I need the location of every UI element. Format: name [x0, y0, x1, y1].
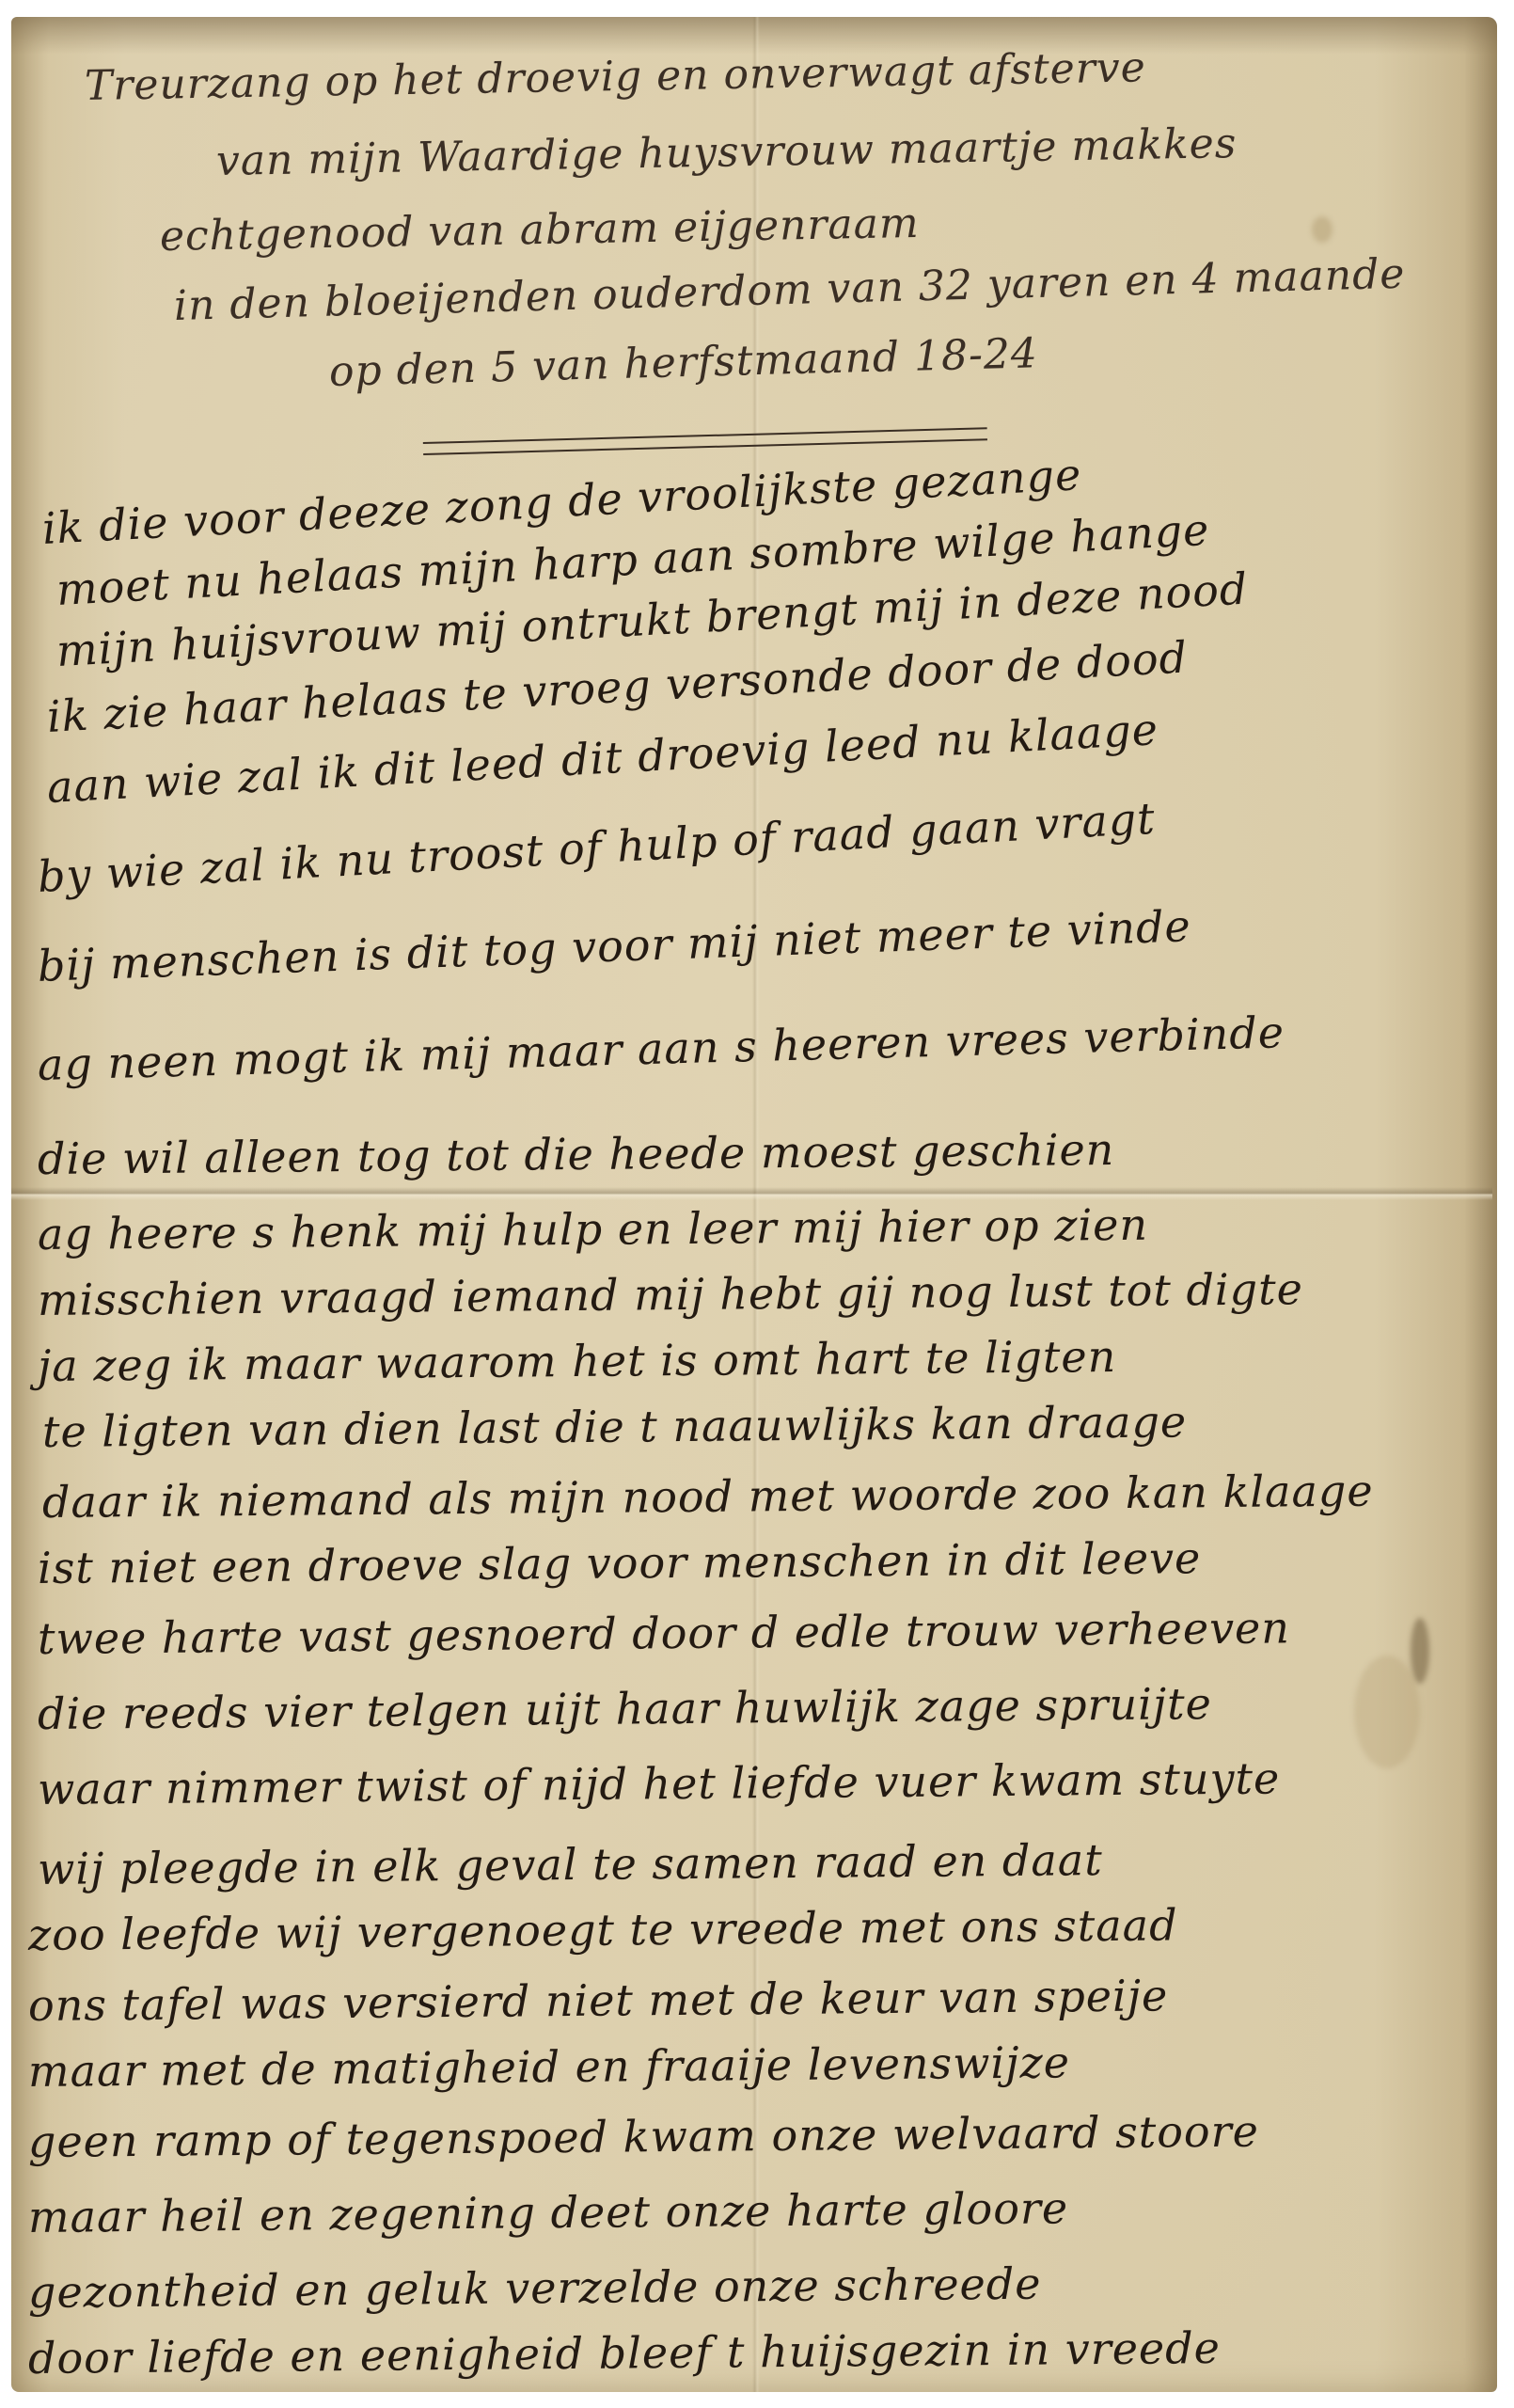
verse-line-23: geen ramp of tegenspoed kwam onze welvaa…	[28, 2106, 1259, 2167]
verse-line-12: ja zeg ik maar waarom het is omt hart te…	[38, 1331, 1117, 1391]
verse-line-10: ag heere s henk mij hulp en leer mij hie…	[38, 1199, 1148, 1259]
verse-line-13: te ligten van dien last die t naauwlijks…	[42, 1396, 1188, 1457]
water-stain	[1354, 1655, 1420, 1768]
verse-line-20: zoo leefde wij vergenoegt te vreede met …	[28, 1899, 1178, 1960]
verse-line-21: ons tafel was versierd niet met de keur …	[28, 1970, 1169, 2031]
verse-line-22: maar met de matigheid en fraaije levensw…	[28, 2036, 1070, 2097]
ink-stain	[1411, 1618, 1429, 1684]
horizontal-fold-crease	[11, 1187, 1492, 1200]
verse-line-24: maar heil en zegening deet onze harte gl…	[28, 2182, 1069, 2242]
verse-line-17: die reeds vier telgen uijt haar huwlijk …	[38, 1678, 1212, 1739]
verse-line-25: gezontheid en geluk verzelde onze schree…	[28, 2258, 1042, 2318]
verse-line-19: wij pleegde in elk geval te samen raad e…	[38, 1834, 1103, 1894]
ink-stain	[1312, 216, 1333, 243]
verse-line-15: ist niet een droeve slag voor menschen i…	[38, 1532, 1202, 1593]
verse-line-26: door liefde en eenigheid bleef t huijsge…	[28, 2322, 1221, 2384]
verse-line-18: waar nimmer twist of nijd het liefde vue…	[38, 1752, 1281, 1814]
verse-line-9: die wil alleen tog tot die heede moest g…	[38, 1124, 1115, 1184]
